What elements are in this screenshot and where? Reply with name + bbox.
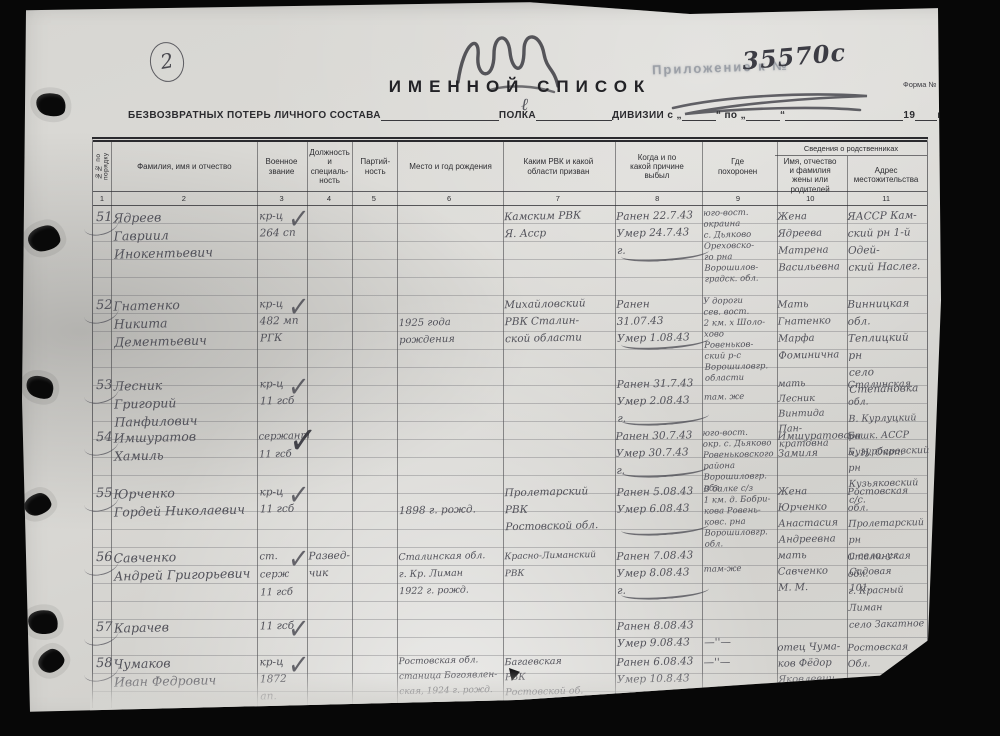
address-cell: Винницкая обл. Теплицкий рн село Степано… <box>844 293 928 375</box>
col-number: 6 <box>396 194 502 203</box>
form-number: Форма № 2 <box>903 80 943 89</box>
table-row: 56 Савченко Андрей Григорьевич ст. серж … <box>93 546 927 616</box>
name-cell: Гнатенко Никита Дементьевич <box>110 292 257 375</box>
address-cell: Ростовская обл. Пролетарский рн и село, … <box>844 481 927 547</box>
relative-cell: Мать Гнатенко Марфа Фоминична <box>774 293 846 375</box>
casualty-table: №№ по порядку Фамилия, имя и отчество Во… <box>92 137 928 708</box>
table-row: 55 Юрченко Гордей Николаевич кр-ц 11 гсб… <box>93 482 927 546</box>
col-header-party: Партий- ность <box>352 142 398 191</box>
rvk-cell: Михайловский РВК Сталин- ской области <box>501 293 615 376</box>
checkmark-pencil-icon: ✓ <box>287 201 310 238</box>
col-number: 7 <box>502 194 614 203</box>
col-header-index: №№ по порядку <box>93 142 112 191</box>
burial-cell: У дороги сев. вост. 2 км. х Шоло- хово Р… <box>700 293 777 375</box>
address-cell: Башк. АССР Бузурбаровский рн Кузьяковски… <box>844 425 927 483</box>
relative-cell: Жена Юрченко Анастасия Андреевна <box>775 481 846 547</box>
party-cell <box>351 545 397 616</box>
name-cell: Лесник Григорий Панфилович <box>110 372 257 427</box>
punch-hole <box>34 90 69 120</box>
birth-cell: 1898 г. рожд. <box>396 481 503 547</box>
punch-hole <box>26 608 59 636</box>
name-cell: Имшуратов Хамиль <box>110 424 257 483</box>
checkmark-pencil-icon: ✓ <box>287 289 310 326</box>
document-title: ИМЕННОЙ СПИСОК <box>330 77 710 97</box>
col-header-address: Адрес местожительства <box>845 156 927 195</box>
table-row: 54 Имшуратов Хамиль сержант 11 гсб Ранен… <box>93 426 927 482</box>
relatives-group-label: Сведения о родственниках <box>775 142 927 156</box>
party-cell <box>351 481 397 546</box>
burial-cell: В балке с/з 1 км. д. Бобри- кова Ровень-… <box>700 481 776 547</box>
page-number-circled: 2 <box>147 39 187 84</box>
birth-cell <box>396 615 503 653</box>
col-header-fate: Когда и по какой причине выбыл <box>614 142 700 191</box>
blank-line <box>746 110 780 121</box>
table-row: 52 Гнатенко Никита Дементьевич кр-ц 482 … <box>93 294 927 374</box>
party-cell <box>351 373 397 426</box>
name-cell: Юрченко Гордей Николаевич <box>110 480 257 547</box>
address-cell: ЯАССР Кам- ский рн 1-й Одей- ский Наслег… <box>844 205 928 295</box>
relative-cell: Имшуратова Замиля <box>774 425 845 483</box>
table-header: №№ по порядку Фамилия, имя и отчество Во… <box>93 142 927 192</box>
col-number: 11 <box>845 194 927 203</box>
col-number: 2 <box>111 194 257 203</box>
scan-fade <box>90 670 930 716</box>
duty-cell <box>306 294 353 375</box>
fate-cell: Ранен 7.08.43 Умер 8.08.43 г. <box>613 545 701 617</box>
col-number: 8 <box>614 194 701 203</box>
party-cell <box>351 294 398 375</box>
rvk-cell <box>501 373 614 428</box>
col-header-birth: Место и год рождения <box>398 142 503 191</box>
checkmark-pencil-icon: ✓ <box>287 477 310 514</box>
document-sheet: 2 Приложение к № 35570с Форма № 2 ИМЕННО… <box>0 0 1000 736</box>
checkmark-pencil-icon: ✓ <box>287 611 310 648</box>
punch-hole <box>34 645 67 676</box>
rvk-cell: Красно-Лиманский РВК <box>501 545 614 618</box>
duty-cell: Развед- чик <box>306 545 353 616</box>
duty-cell <box>306 206 353 295</box>
party-cell <box>351 425 397 482</box>
birth-cell: Сталинская обл. г. Кр. Лиман 1922 г. рож… <box>396 545 503 617</box>
burial-cell: там. же <box>700 373 776 427</box>
relative-cell: Жена Ядреева Матрена Васильевна <box>774 205 846 295</box>
col-number: 5 <box>351 194 396 203</box>
col-number: 9 <box>701 194 776 203</box>
party-cell <box>351 615 397 652</box>
birth-cell <box>395 205 503 295</box>
col-group-relatives: Сведения о родственниках Имя, отчество и… <box>775 142 927 191</box>
burial-cell: юго-вост. окр. с. Дьяково Ровеньковского… <box>699 425 775 483</box>
duty-cell <box>306 615 352 652</box>
col-header-burial: Где похоронен <box>700 142 775 191</box>
party-cell <box>350 206 397 295</box>
burial-cell: —''— <box>700 615 776 653</box>
attachment-number: 35570с <box>741 38 847 76</box>
birth-cell <box>396 425 503 483</box>
col-header-duty: Должность и специаль- ность <box>307 142 353 191</box>
col-number: 4 <box>306 194 351 203</box>
rvk-cell <box>501 425 614 484</box>
blank-line <box>381 110 499 121</box>
subtitle-year: 19 <box>903 110 915 121</box>
rvk-cell: Камским РВК Я. Асср <box>501 205 615 296</box>
col-number: 10 <box>775 194 845 203</box>
column-numbers-row: 1 2 3 4 5 6 7 8 9 10 11 <box>93 192 927 206</box>
table-row: 51 Ядреев Гавриил Инокентьевич кр-ц 264 … <box>93 206 927 294</box>
subtitle-polka: ПОЛКА <box>499 110 536 121</box>
relative-cell: мать Савченко М. М. <box>775 545 846 617</box>
name-cell: Ядреев Гавриил Инокентьевич <box>110 204 258 295</box>
blank-line <box>682 110 716 121</box>
burial-cell: юго-вост. окраина с. Дьяково Ореховско- … <box>700 205 777 295</box>
name-cell: Карачев <box>111 614 257 653</box>
punch-hole <box>21 490 53 518</box>
document-subtitle: БЕЗВОЗВРАТНЫХ ПОТЕРЬ ЛИЧНОГО СОСТАВАПОЛК… <box>128 110 944 121</box>
punch-hole <box>26 223 62 253</box>
handwritten-polka-value: ℓ <box>521 95 528 115</box>
punch-hole <box>23 371 58 402</box>
name-cell: Савченко Андрей Григорьевич <box>110 544 257 617</box>
subtitle-g: г. <box>937 110 944 121</box>
table-body: 51 Ядреев Гавриил Инокентьевич кр-ц 264 … <box>93 206 927 708</box>
blank-line <box>785 110 903 121</box>
rvk-cell <box>502 615 615 654</box>
birth-cell <box>396 373 503 427</box>
table-row: 53 Лесник Григорий Панфилович кр-ц 11 гс… <box>93 374 927 426</box>
fate-cell: Ранен 5.08.43 Умер 6.08.43 <box>613 481 701 547</box>
checkmark-pencil-icon: ✓ <box>287 541 310 578</box>
duty-cell <box>306 481 352 546</box>
subtitle-prefix: БЕЗВОЗВРАТНЫХ ПОТЕРЬ ЛИЧНОГО СОСТАВА <box>128 110 381 121</box>
birth-cell: 1925 года рождения <box>395 293 503 375</box>
checkmark-pencil-icon: ✓ <box>288 416 319 465</box>
subtitle-division: ДИВИЗИИ с „ <box>612 110 682 121</box>
col-header-relative: Имя, отчество и фамилия жены или родител… <box>775 156 845 195</box>
burial-cell: там-же <box>700 545 776 617</box>
blank-line <box>536 110 612 121</box>
rvk-cell: Пролетарский РВК Ростовской обл. <box>501 481 614 548</box>
relative-cell: мать Лесник Винтида Пан- кратовна <box>775 373 846 427</box>
col-header-rank: Военное звание <box>256 142 307 191</box>
fate-cell: Ранен 8.08.43 Умер 9.08.43 <box>613 615 701 653</box>
blank-line <box>915 110 937 121</box>
col-header-name: Фамилия, имя и отчество <box>112 142 256 191</box>
subtitle-po: “ по „ <box>716 110 746 121</box>
col-number: 1 <box>93 194 111 203</box>
checkmark-pencil-icon: ✓ <box>287 369 310 406</box>
address-cell: Сталинская обл. В. Курлуцкий рн х. Н. Ок… <box>845 373 928 427</box>
address-cell: Сталинская обл. г. Красный Лиман село За… <box>844 545 927 617</box>
col-header-rvk: Каким РВК и какой области призван <box>503 142 614 191</box>
